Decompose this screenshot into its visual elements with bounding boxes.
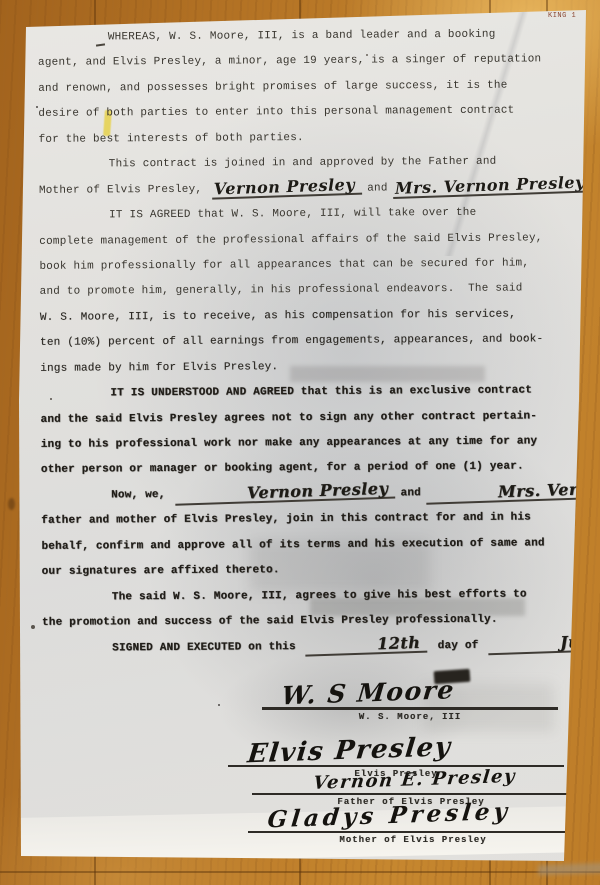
contract-line: agent, and Elvis Presley, a minor, age 1… [38, 48, 572, 77]
vernon-inline-signature: Vernon Presley [175, 483, 396, 505]
date-mid: day of [431, 639, 486, 651]
parents-joinder-line: Now, we, Vernon PresleyandMrs. Vernon Pr… [41, 480, 575, 509]
contract-paper: KING 1 WHEREAS, W. S. Moore, III, is a b… [16, 6, 586, 864]
contract-line: behalf, confirm and approve all of its t… [41, 531, 575, 560]
contract-line: our signatures are affixed thereto. [42, 556, 576, 585]
handwritten-day: 12th [305, 637, 428, 656]
contract-line: IT IS UNDERSTOOD AND AGREED that this is… [40, 378, 574, 407]
date-line: SIGNED AND EXECUTED on this 12th day of … [42, 633, 576, 662]
contract-line: ten (10%) percent of all earnings from e… [40, 327, 574, 356]
date-prefix: SIGNED AND EXECUTED on this [112, 641, 303, 654]
approval-prefix: Mother of Elvis Presley, [39, 183, 209, 196]
contract-line: other person or manager or booking agent… [41, 455, 575, 484]
wood-knot [8, 498, 15, 510]
contract-text: WHEREAS, W. S. Moore, III, is a band lea… [38, 22, 576, 662]
contract-line: IT IS AGREED that W. S. Moore, III, will… [39, 200, 573, 229]
signature-label: W. S. Moore, III [262, 712, 558, 722]
contract-line: and to promote him, generally, in his pr… [40, 277, 574, 306]
floor-smudge [538, 863, 600, 875]
contract-line: the promotion and success of the said El… [42, 607, 576, 636]
contract-line: and the said Elvis Presley agrees not to… [40, 404, 574, 433]
vernon-inline-signature: Vernon Presley [212, 179, 363, 199]
ink-blot [434, 669, 471, 684]
contract-line: and renown, and possesses bright promise… [38, 73, 572, 102]
contract-line: desire of both parties to enter into thi… [38, 98, 572, 127]
contract-line: The said W. S. Moore, III, agrees to giv… [42, 582, 576, 611]
wood-plank-seam [0, 871, 600, 873]
contract-line: W. S. Moore, III, is to receive, as his … [40, 302, 574, 331]
contract-line: complete management of the professional … [39, 226, 573, 255]
gladys-inline-signature: Mrs. Vernon Presley [392, 177, 591, 199]
gladys-inline-signature: Mrs. Vernon Presley [426, 481, 600, 505]
joinder-prefix: Now, we, [111, 489, 172, 501]
contract-line: This contract is joined in and approved … [39, 149, 573, 178]
moore-signature: W. S Moore [262, 672, 561, 712]
signature-row-moore: W. S Moore W. S. Moore, III [262, 682, 558, 722]
photographed-contract-scene: KING 1 WHEREAS, W. S. Moore, III, is a b… [0, 0, 600, 885]
signature-label: Mother of Elvis Presley [248, 835, 578, 845]
contract-line: father and mother of Elvis Presley, join… [41, 505, 575, 534]
contract-line: ings made by him for Elvis Presley. [40, 353, 574, 382]
corner-mark: KING 1 [548, 12, 576, 20]
signature-row-gladys: Gladys Presley Mother of Elvis Presley [248, 806, 578, 845]
joinder-conjunction: and [401, 487, 421, 499]
contract-line: WHEREAS, W. S. Moore, III, is a band lea… [38, 22, 572, 51]
approval-conjunction: and [367, 182, 387, 194]
contract-line: book him professionally for all appearan… [39, 251, 573, 280]
contract-line: for the best interests of both parties. [38, 124, 572, 153]
parents-approval-line: Mother of Elvis Presley, Vernon Presleya… [39, 175, 573, 204]
contract-line: ing to his professional work nor make an… [41, 429, 575, 458]
